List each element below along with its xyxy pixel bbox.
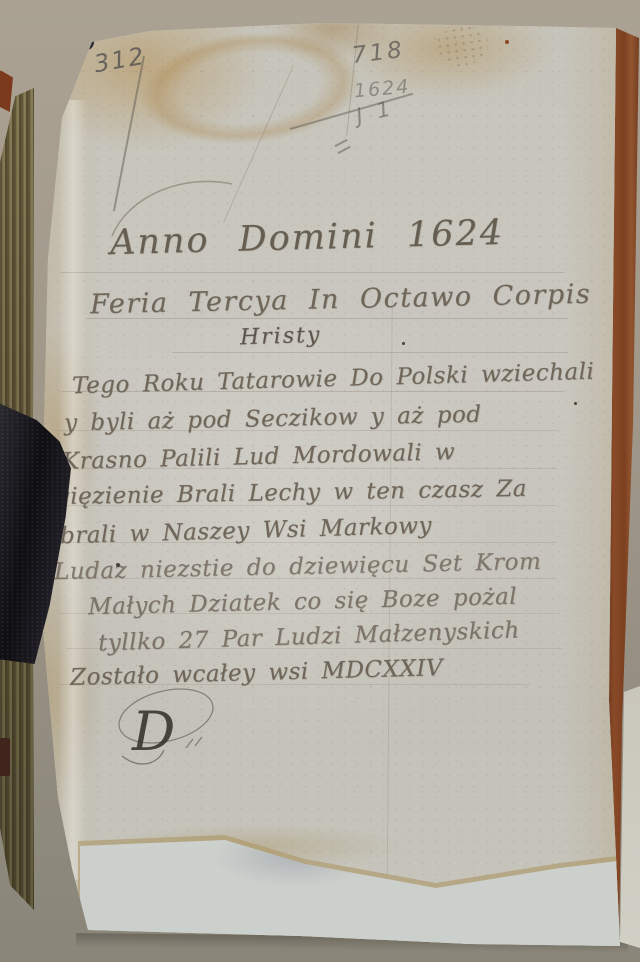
flourished-initial: D [100, 686, 230, 776]
ink-blot-lobe [75, 26, 96, 51]
manuscript-page: 312 718 1624 J 1 Anno Domini 1624 Feria … [0, 0, 640, 962]
fly-speck [116, 563, 120, 567]
fly-speck [148, 6, 154, 18]
leather-fragment-top-left [0, 70, 13, 112]
heading-hristy: Hristy [240, 323, 322, 351]
fly-speck [402, 342, 405, 345]
initial-letter: D [131, 700, 175, 763]
fly-speck [505, 40, 509, 44]
fly-speck [574, 402, 577, 405]
ruling-line [60, 272, 565, 273]
manuscript-photo: 312 718 1624 J 1 Anno Domini 1624 Feria … [0, 0, 640, 962]
leather-fragment-bottom-left [0, 738, 10, 776]
ink-blot-smear [87, 22, 115, 41]
ruling-line [172, 352, 568, 353]
ink-blot-core [80, 32, 90, 44]
